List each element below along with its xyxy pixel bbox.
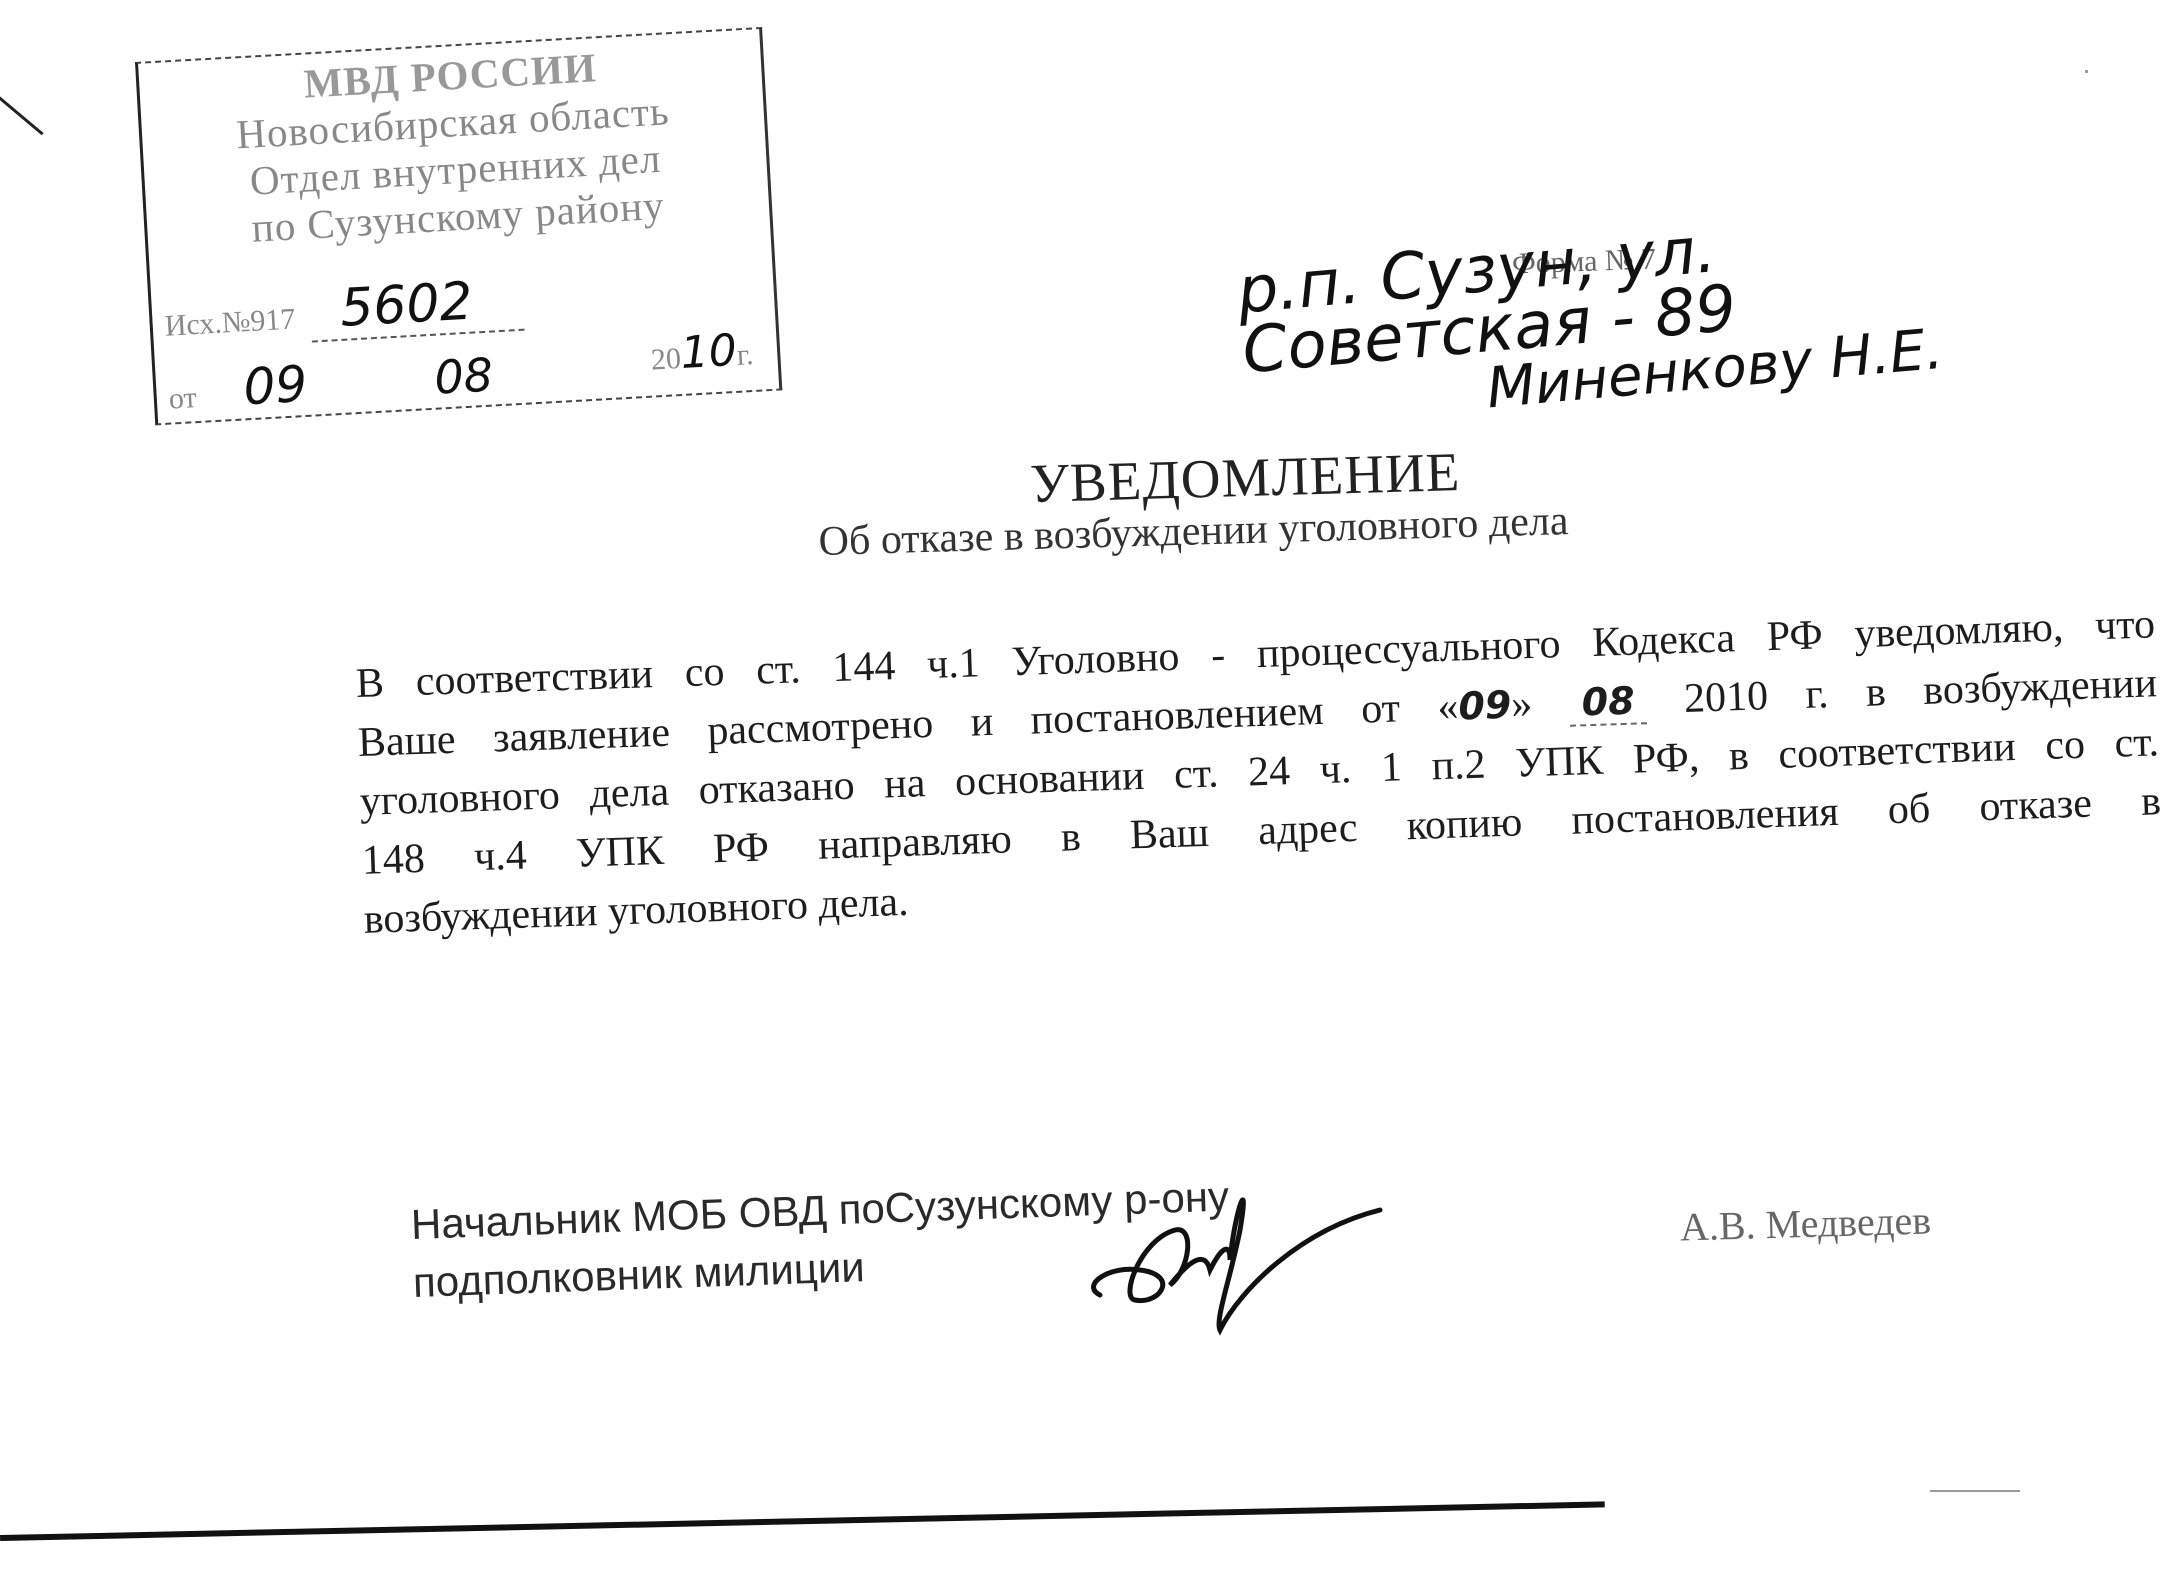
stamp-date-label: от [168, 381, 198, 415]
stamp-reg-row: Исх.№917 5602 [163, 269, 524, 351]
stamp-year-unit: г. [736, 338, 754, 372]
stamp-date-month: 08 [433, 348, 494, 405]
stamp-year-prefix: 20 [650, 342, 682, 377]
body-text: » [1510, 680, 1570, 728]
scan-edge-line [0, 1501, 1605, 1541]
body-text: 2010 г. в возбуждении [1646, 660, 2158, 723]
stamp-reg-number: 5602 [309, 269, 524, 343]
stamp-year-suffix: 10 [679, 325, 738, 379]
notice-body: В соответствии со ст. 144 ч.1 Уголовно -… [355, 595, 2164, 950]
handwritten-month: 08 [1569, 678, 1647, 727]
recipient-address: р.п. Сузун, ул. Советская - 89 Миненкову… [1235, 191, 2067, 440]
stamp-date-day: 09 [242, 355, 309, 416]
handwritten-signature [1080, 1170, 1410, 1340]
scan-speck [2085, 70, 2088, 73]
document-subtitle: Об отказе в возбуждении уголовного дела [818, 497, 1569, 566]
margin-mark [0, 88, 44, 135]
signer-name: А.В. Медведев [1679, 1197, 1931, 1251]
handwritten-day: 09 [1458, 683, 1512, 729]
registration-stamp: МВД РОССИИ Новосибирская область Отдел в… [135, 27, 782, 425]
stamp-reg-label: Исх.№917 [164, 302, 296, 342]
stamp-date-year: 2010г. [649, 324, 754, 381]
scan-speck [1930, 1490, 2020, 1492]
document-page: МВД РОССИИ Новосибирская область Отдел в… [0, 0, 2166, 1572]
